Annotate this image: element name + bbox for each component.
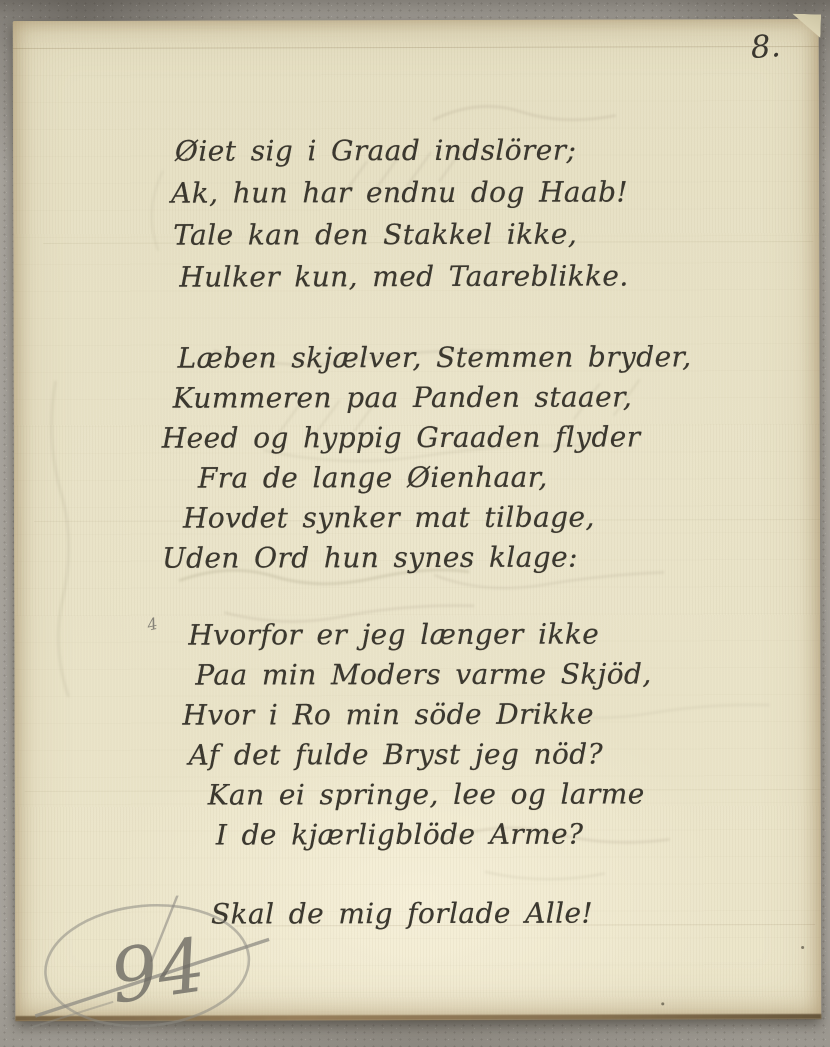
stanza-1: Øiet sig i Graad indslörer; Ak, hun har … <box>171 129 629 298</box>
poem-line: I de kjærligblöde Arme? <box>216 814 652 855</box>
poem-line: Hovdet synker mat tilbage, <box>183 497 692 538</box>
manuscript-paper: 8. Øiet sig i Graad indslörer; Ak, hun h… <box>13 19 822 1021</box>
poem-line: Uden Ord hun synes klage: <box>162 537 692 578</box>
poem-line: Tale kan den Stakkel ikke, <box>173 213 628 256</box>
ink-speck <box>801 946 804 949</box>
poem-line: Ak, hun har endnu dog Haab! <box>171 171 628 214</box>
page-number: 8. <box>749 28 781 66</box>
poem-line: Hulker kun, med Taareblikke. <box>179 255 628 298</box>
manuscript-photo: 8. Øiet sig i Graad indslörer; Ak, hun h… <box>0 0 830 1047</box>
stanza-3: Hvorfor er jeg længer ikke Paa min Moder… <box>182 614 652 855</box>
handwriting-layer: 8. Øiet sig i Graad indslörer; Ak, hun h… <box>13 19 822 1021</box>
poem-line: Hvorfor er jeg længer ikke <box>188 614 651 655</box>
ink-speck <box>661 1002 664 1005</box>
poem-line: Fra de lange Øienhaar, <box>198 457 692 498</box>
poem-line: Af det fulde Bryst jeg nöd? <box>189 734 652 775</box>
stanza-2: Læben skjælver, Stemmen bryder, Kummeren… <box>162 337 693 578</box>
crossed-out-number: 94 <box>105 922 210 1020</box>
poem-line: Kan ei springe, lee og larme <box>208 774 652 815</box>
poem-line: Paa min Moders varme Skjöd, <box>195 654 651 695</box>
ink-speck <box>637 794 640 797</box>
poem-line: Kummeren paa Panden staaer, <box>173 377 692 418</box>
poem-line: Hvor i Ro min söde Drikke <box>182 694 651 735</box>
ink-speck <box>185 158 188 161</box>
pencil-scribble: 94 <box>29 895 275 1036</box>
poem-line: Heed og hyppig Graaden flyder <box>162 417 692 458</box>
pencil-margin-mark: 4 <box>145 614 159 635</box>
poem-line: Øiet sig i Graad indslörer; <box>175 129 628 172</box>
poem-line: Læben skjælver, Stemmen bryder, <box>178 337 692 378</box>
